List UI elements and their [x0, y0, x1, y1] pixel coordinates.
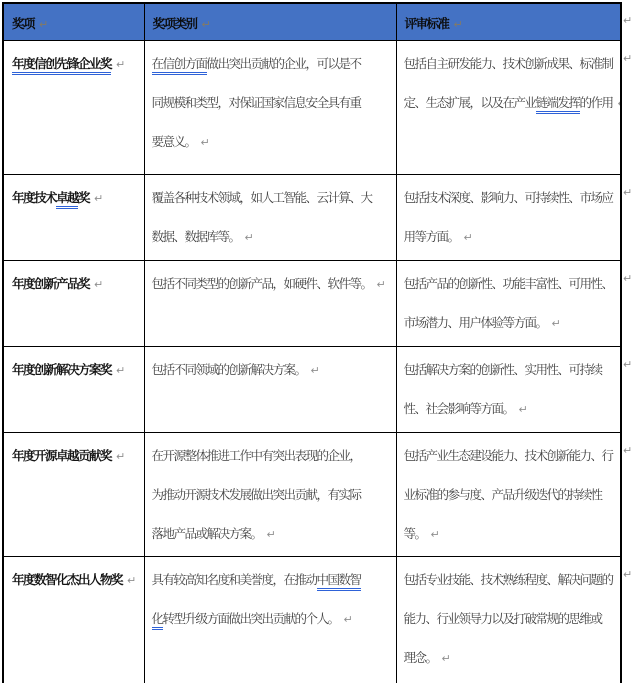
paragraph-mark-icon: ↵ [111, 59, 125, 71]
paragraph-mark-icon: ↵ [339, 614, 353, 626]
row-end-mark-icon: ↵ [623, 14, 632, 27]
text-line: 年度创新产品奖↵ [12, 265, 138, 304]
paragraph-mark-icon: ↵ [613, 98, 621, 110]
text-line: 包括解决方案的创新性、实用性、可持续 [404, 351, 615, 390]
text-segment: 年度创新产品奖 [12, 277, 89, 291]
row-end-mark-icon: ↵ [623, 358, 632, 371]
text-segment: 为推动开源技术发展做出突出贡献，有实际 [152, 488, 361, 502]
review-criteria-cell[interactable]: 包括专业技能、技术熟练程度、解决问题的能力、行业领导力以及打破常规的思维或理念。… [396, 557, 621, 683]
text-segment: 用等方面。 [404, 230, 459, 244]
text-line: 包括不同领域的创新解决方案。↵ [152, 351, 390, 390]
paragraph-mark-icon: ↵ [459, 232, 473, 244]
grammar-underlined-text: 化 [152, 612, 163, 630]
text-line: 具有较高知名度和美誉度，在推动中国数智 [152, 561, 390, 600]
text-segment: 业标准的参与度、产品升级迭代的持续性 [404, 488, 602, 502]
award-name-cell[interactable]: 年度数智化杰出人物奖↵ [3, 557, 144, 683]
award-name-cell[interactable]: 年度创新解决方案奖↵ [3, 347, 144, 433]
paragraph-mark-icon: ↵ [196, 137, 210, 149]
award-name-cell[interactable]: 年度开源卓越贡献奖↵ [3, 433, 144, 557]
text-line: 用等方面。↵ [404, 218, 615, 257]
document-page: 奖项↵ 奖项类别↵ 评审标准↵ 年度信创先锋企业奖↵ 在信创方面做出突出贡献的企… [0, 0, 632, 683]
paragraph-mark-icon: ↵ [514, 404, 528, 416]
paragraph-mark-icon: ↵ [437, 653, 451, 665]
text-segment: 做出突出贡献的企业，可以是不 [207, 57, 361, 71]
paragraph-mark-icon: ↵ [89, 193, 103, 205]
review-criteria-cell[interactable]: 包括技术深度、影响力、可持续性、市场应用等方面。↵ [396, 175, 621, 261]
text-line: 要意义。↵ [152, 123, 390, 162]
award-name-cell[interactable]: 年度技术卓越奖↵ [3, 175, 144, 261]
text-segment: 定、生态扩展，以及在产业 [404, 96, 536, 110]
text-line: 年度数智化杰出人物奖↵ [12, 561, 138, 600]
column-header-award[interactable]: 奖项↵ [3, 3, 144, 41]
text-line: 年度创新解决方案奖↵ [12, 351, 138, 390]
text-segment: 包括专业技能、技术熟练程度、解决问题的 [404, 573, 613, 587]
award-name-cell[interactable]: 年度信创先锋企业奖↵ [3, 41, 144, 175]
row-end-mark-icon: ↵ [623, 444, 632, 457]
paragraph-mark-icon: ↵ [262, 529, 276, 541]
text-line: 年度技术卓越奖↵ [12, 179, 138, 218]
column-header-category[interactable]: 奖项类别↵ [144, 3, 396, 41]
paragraph-mark-icon: ↵ [547, 318, 561, 330]
text-segment: 数据、数据库等。 [152, 230, 240, 244]
row-end-mark-icon: ↵ [623, 272, 632, 285]
text-line: 包括自主研发能力、技术创新成果、标准制 [404, 45, 615, 84]
column-header-criteria-label: 评审标准 [405, 17, 449, 31]
text-segment: 包括自主研发能力、技术创新成果、标准制 [404, 57, 613, 71]
grammar-underlined-text: 卓越 [56, 191, 78, 209]
text-line: 业标准的参与度、产品升级迭代的持续性 [404, 476, 615, 515]
text-segment: 包括不同领域的创新解决方案。 [152, 363, 306, 377]
table-row: 年度数智化杰出人物奖↵ 具有较高知名度和美誉度，在推动中国数智化转型升级方面做出… [3, 557, 621, 683]
text-segment: 理念。 [404, 651, 437, 665]
table-header-row: 奖项↵ 奖项类别↵ 评审标准↵ [3, 3, 621, 41]
text-line: 能力、行业领导力以及打破常规的思维或 [404, 600, 615, 639]
text-segment: 落地产品或解决方案。 [152, 527, 262, 541]
text-segment: 性、社会影响等方面。 [404, 402, 514, 416]
text-segment: 要意义。 [152, 135, 196, 149]
text-segment: 包括不同类型的创新产品，如硬件、软件等。 [152, 277, 372, 291]
text-line: 年度信创先锋企业奖↵ [12, 45, 138, 84]
award-name-cell[interactable]: 年度创新产品奖↵ [3, 261, 144, 347]
paragraph-mark-icon: ↵ [89, 279, 103, 291]
text-segment: 市场潜力、用户体验等方面。 [404, 316, 547, 330]
text-segment: 具有较高知名度和美誉度，在推动 [152, 573, 317, 587]
grammar-underlined-text: 年度信创先锋企业奖 [12, 57, 111, 75]
grammar-underlined-text: 中国数智 [317, 573, 361, 591]
text-line: 包括技术深度、影响力、可持续性、市场应 [404, 179, 615, 218]
award-category-cell[interactable]: 具有较高知名度和美誉度，在推动中国数智化转型升级方面做出突出贡献的个人。↵ [144, 557, 396, 683]
paragraph-mark-icon: ↵ [122, 575, 136, 587]
paragraph-mark-icon: ↵ [240, 232, 254, 244]
text-line: 同规模和类型，对保证国家信息安全具有重 [152, 84, 390, 123]
text-line: 包括产品的创新性、功能丰富性、可用性、 [404, 265, 615, 304]
text-line: 性、社会影响等方面。↵ [404, 390, 615, 429]
text-segment: 年度数智化杰出人物奖 [12, 573, 122, 587]
text-segment: 年度创新解决方案奖 [12, 363, 111, 377]
paragraph-mark-icon: ↵ [111, 451, 125, 463]
column-header-award-label: 奖项 [12, 17, 34, 31]
table-row: 年度创新解决方案奖↵ 包括不同领域的创新解决方案。↵ 包括解决方案的创新性、实用… [3, 347, 621, 433]
text-segment: 能力、行业领导力以及打破常规的思维或 [404, 612, 602, 626]
text-line: 包括产业生态建设能力、技术创新能力、行 [404, 437, 615, 476]
table-row: 年度创新产品奖↵ 包括不同类型的创新产品，如硬件、软件等。↵ 包括产品的创新性、… [3, 261, 621, 347]
paragraph-mark-icon: ↵ [306, 365, 320, 377]
review-criteria-cell[interactable]: 包括自主研发能力、技术创新成果、标准制定、生态扩展，以及在产业链端发挥的作用↵ [396, 41, 621, 175]
grammar-underlined-text: 在信创方面 [152, 57, 207, 75]
text-line: 市场潜力、用户体验等方面。↵ [404, 304, 615, 343]
table-row: 年度技术卓越奖↵ 覆盖各种技术领域，如人工智能、云计算、大数据、数据库等。↵ 包… [3, 175, 621, 261]
text-line: 在开源整体推进工作中有突出表现的企业， [152, 437, 390, 476]
row-end-mark-icon: ↵ [623, 52, 632, 65]
text-line: 落地产品或解决方案。↵ [152, 515, 390, 554]
text-segment: 包括解决方案的创新性、实用性、可持续 [404, 363, 602, 377]
paragraph-mark-icon: ↵ [449, 19, 463, 31]
review-criteria-cell[interactable]: 包括解决方案的创新性、实用性、可持续性、社会影响等方面。↵ [396, 347, 621, 433]
text-line: 定、生态扩展，以及在产业链端发挥的作用↵ [404, 84, 615, 123]
text-segment: 包括技术深度、影响力、可持续性、市场应 [404, 191, 613, 205]
column-header-criteria[interactable]: 评审标准↵ [396, 3, 621, 41]
text-line: 包括专业技能、技术熟练程度、解决问题的 [404, 561, 615, 600]
review-criteria-cell[interactable]: 包括产品的创新性、功能丰富性、可用性、市场潜力、用户体验等方面。↵ [396, 261, 621, 347]
paragraph-mark-icon: ↵ [426, 529, 440, 541]
text-segment: 等。 [404, 527, 426, 541]
award-category-cell[interactable]: 包括不同类型的创新产品，如硬件、软件等。↵ [144, 261, 396, 347]
text-line: 覆盖各种技术领域，如人工智能、云计算、大 [152, 179, 390, 218]
row-end-mark-icon: ↵ [623, 568, 632, 581]
review-criteria-cell[interactable]: 包括产业生态建设能力、技术创新能力、行业标准的参与度、产品升级迭代的持续性等。↵ [396, 433, 621, 557]
award-category-cell[interactable]: 在信创方面做出突出贡献的企业，可以是不同规模和类型，对保证国家信息安全具有重要意… [144, 41, 396, 175]
text-segment: 转型升级方面做出突出贡献的个人。 [163, 612, 339, 626]
text-segment: 在开源整体推进工作中有突出表现的企业， [152, 449, 361, 463]
text-line: 为推动开源技术发展做出突出贡献，有实际 [152, 476, 390, 515]
text-line: 年度开源卓越贡献奖↵ [12, 437, 138, 476]
text-line: 等。↵ [404, 515, 615, 554]
text-segment: 包括产品的创新性、功能丰富性、可用性、 [404, 277, 613, 291]
text-segment: 年度技术 [12, 191, 56, 205]
paragraph-mark-icon: ↵ [34, 19, 48, 31]
text-line: 理念。↵ [404, 639, 615, 678]
column-header-category-label: 奖项类别 [153, 17, 197, 31]
awards-table: 奖项↵ 奖项类别↵ 评审标准↵ 年度信创先锋企业奖↵ 在信创方面做出突出贡献的企… [2, 2, 622, 683]
text-segment: 的作用 [580, 96, 613, 110]
text-line: 数据、数据库等。↵ [152, 218, 390, 257]
grammar-underlined-text: 链端发挥 [536, 96, 580, 114]
text-line: 化转型升级方面做出突出贡献的个人。↵ [152, 600, 390, 639]
paragraph-mark-icon: ↵ [197, 19, 211, 31]
text-segment: 年度开源卓越贡献奖 [12, 449, 111, 463]
text-segment: 同规模和类型，对保证国家信息安全具有重 [152, 96, 361, 110]
paragraph-mark-icon: ↵ [372, 279, 386, 291]
table-row: 年度信创先锋企业奖↵ 在信创方面做出突出贡献的企业，可以是不同规模和类型，对保证… [3, 41, 621, 175]
text-segment: 覆盖各种技术领域，如人工智能、云计算、大 [152, 191, 372, 205]
paragraph-mark-icon: ↵ [111, 365, 125, 377]
row-end-mark-icon: ↵ [623, 186, 632, 199]
table-row: 年度开源卓越贡献奖↵ 在开源整体推进工作中有突出表现的企业，为推动开源技术发展做… [3, 433, 621, 557]
text-segment: 奖 [78, 191, 89, 205]
award-category-cell[interactable]: 在开源整体推进工作中有突出表现的企业，为推动开源技术发展做出突出贡献，有实际落地… [144, 433, 396, 557]
award-category-cell[interactable]: 包括不同领域的创新解决方案。↵ [144, 347, 396, 433]
text-line: 在信创方面做出突出贡献的企业，可以是不 [152, 45, 390, 84]
award-category-cell[interactable]: 覆盖各种技术领域，如人工智能、云计算、大数据、数据库等。↵ [144, 175, 396, 261]
text-segment: 包括产业生态建设能力、技术创新能力、行 [404, 449, 613, 463]
text-line: 包括不同类型的创新产品，如硬件、软件等。↵ [152, 265, 390, 304]
